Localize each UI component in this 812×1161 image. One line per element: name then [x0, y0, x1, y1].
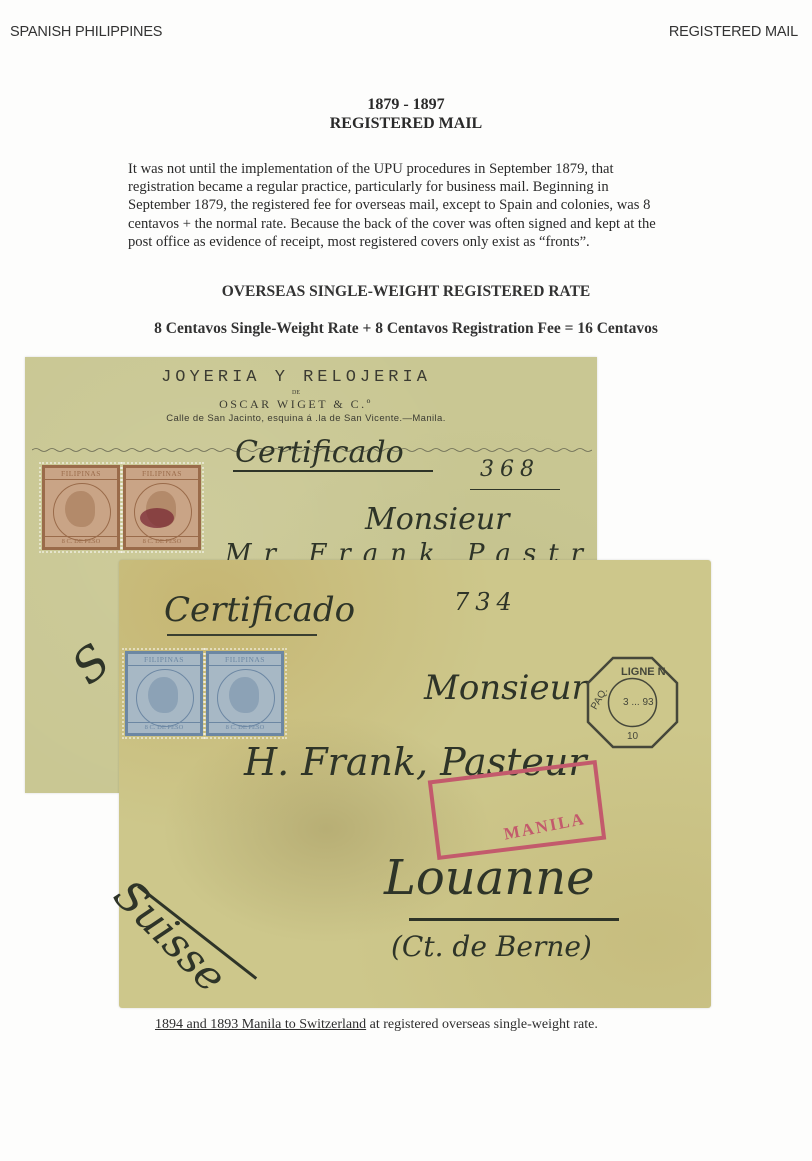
intro-paragraph: It was not until the implementation of t…	[128, 160, 668, 251]
portrait-icon	[65, 491, 95, 527]
svg-text:3 ... 93: 3 ... 93	[623, 697, 654, 708]
number-underline	[470, 489, 560, 490]
certificado-underline	[233, 470, 433, 472]
svg-text:LIGNE N: LIGNE N	[621, 666, 666, 678]
handwritten-country: Suisse	[104, 870, 236, 1002]
octagonal-postmark-icon: LIGNE N PAQ. 3 ... 93 10	[585, 655, 680, 750]
rate-formula: 8 Centavos Single-Weight Rate + 8 Centav…	[0, 320, 812, 338]
stamp: FILIPINAS 8 C. DE PESO	[125, 651, 203, 736]
handwritten-canton: (Ct. de Berne)	[391, 930, 592, 963]
letterhead-business: JOYERIA Y RELOJERIA	[0, 368, 597, 387]
caption-underlined: 1894 and 1893 Manila to Switzerland	[155, 1017, 366, 1032]
svg-text:10: 10	[627, 731, 639, 742]
title-years: 1879 - 1897	[0, 95, 812, 114]
handwritten-city: Louanne	[384, 850, 595, 906]
letterhead-de: DE	[0, 390, 597, 396]
svg-text:PAQ.: PAQ.	[589, 686, 610, 712]
page-header-left: SPANISH PHILIPPINES	[10, 24, 162, 40]
letterhead-owner: OSCAR WIGET & C.º	[0, 397, 597, 412]
certificado-underline	[167, 634, 317, 636]
stamp: FILIPINAS 8 C. DE PESO	[123, 465, 201, 550]
handwritten-certificado: Certificado	[164, 590, 355, 630]
rate-heading: OVERSEAS SINGLE-WEIGHT REGISTERED RATE	[0, 283, 812, 301]
stamp: FILIPINAS 8 C. DE PESO	[42, 465, 120, 550]
stamp-pair-brown: FILIPINAS 8 C. DE PESO FILIPINAS 8 C. DE…	[40, 463, 203, 552]
portrait-icon	[229, 677, 259, 713]
ink-blot	[140, 508, 174, 528]
handwritten-salutation: Monsieur	[365, 502, 510, 537]
handwritten-number: 368	[480, 457, 540, 482]
stamp-pair-blue: FILIPINAS 8 C. DE PESO FILIPINAS 8 C. DE…	[123, 649, 286, 738]
handwritten-number: 734	[454, 588, 518, 616]
handwritten-salutation: Monsieur	[424, 668, 588, 708]
caption-rest: at registered overseas single-weight rat…	[366, 1017, 598, 1032]
city-underline	[409, 918, 619, 921]
title-subject: REGISTERED MAIL	[0, 114, 812, 133]
handwritten-country-partial: S	[61, 633, 120, 695]
stamp: FILIPINAS 8 C. DE PESO	[206, 651, 284, 736]
cover-1893: Certificado 734 Monsieur H. Frank, Paste…	[119, 560, 711, 1008]
letterhead-address: Calle de San Jacinto, esquina á .la de S…	[15, 413, 597, 424]
handwritten-certificado: Certificado	[235, 435, 404, 470]
portrait-icon	[148, 677, 178, 713]
letterhead: JOYERIA Y RELOJERIA DE OSCAR WIGET & C.º…	[25, 368, 597, 424]
figure-caption: 1894 and 1893 Manila to Switzerland at r…	[155, 1017, 598, 1033]
page-title: 1879 - 1897 REGISTERED MAIL	[0, 95, 812, 133]
page-header-right: REGISTERED MAIL	[669, 24, 798, 40]
